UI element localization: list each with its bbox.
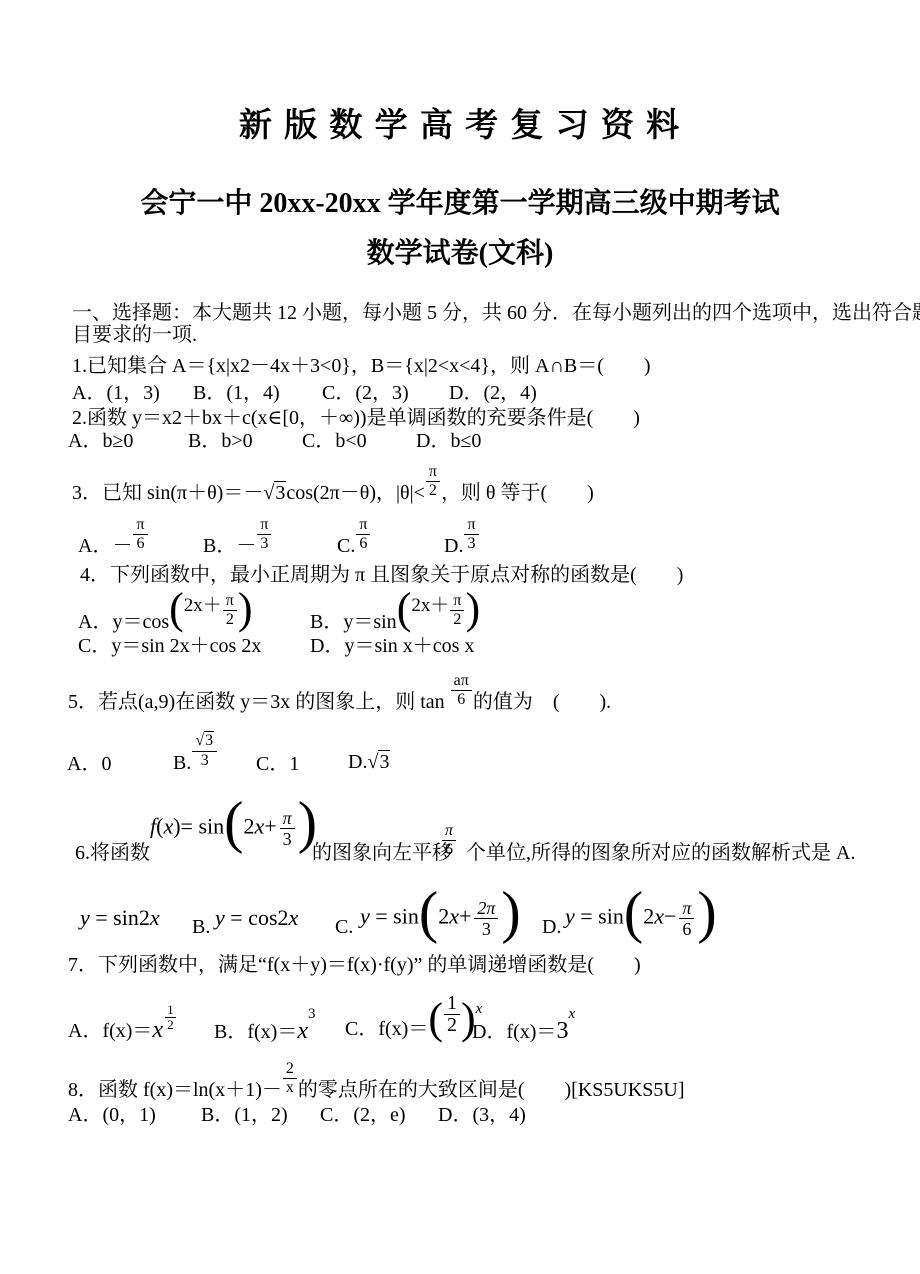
section-instructions-line2: 目要求的一项.	[72, 322, 197, 348]
question-1-stem: 1.已知集合 A＝{x|x2－4x＋3<0}，B＝{x|2<x<4}，则 A∩B…	[72, 353, 651, 379]
left-paren: (	[419, 880, 438, 945]
question-6-option-d-label: D.	[542, 914, 561, 940]
right-paren: )	[465, 584, 480, 633]
question-3-option-b: B．－π3	[203, 516, 272, 559]
question-7-option-d: D．f(x)＝3x	[472, 1014, 575, 1045]
question-6-stem-post: 个单位,所得的图象所对应的函数解析式是 A.	[466, 840, 855, 866]
question-2-option-b: B．b>0	[188, 428, 253, 454]
question-3-option-a: A．－π6	[78, 516, 149, 559]
question-8-option-c: C．(2，e)	[320, 1102, 406, 1128]
q3-stem-post: ，则 θ 等于( )	[441, 482, 594, 504]
question-6-option-d: y = sin(2x−π6)	[565, 898, 717, 939]
question-3-option-c: C.π6	[337, 516, 371, 559]
question-1-option-a: A．(1，3)	[72, 380, 160, 406]
question-5-stem: 5．若点(a,9)在函数 y＝3x 的图象上，则 tan aπ6的值为 ( ).	[68, 672, 611, 715]
question-6-stem-pre: 6.将函数	[75, 840, 150, 866]
q3-fraction: π2	[426, 463, 440, 500]
question-7-stem: 7．下列函数中，满足“f(x＋y)＝f(x)·f(y)” 的单调递增函数是( )	[68, 952, 641, 978]
question-5-option-a: A．0	[67, 751, 111, 777]
question-4-option-c: C．y＝sin 2x＋cos 2x	[78, 633, 261, 659]
question-6-option-b: y = cos2x	[215, 904, 298, 932]
page-title: 新 版 数 学 高 考 复 习 资 料	[0, 99, 920, 146]
left-paren: (	[224, 790, 243, 855]
left-paren: (	[624, 880, 643, 945]
question-6-option-c-label: C.	[335, 914, 353, 940]
question-2-option-d: D．b≤0	[416, 428, 481, 454]
question-1-option-b: B．(1，4)	[193, 380, 280, 406]
question-8-option-d: D．(3，4)	[438, 1102, 526, 1128]
question-3-option-d: D.π3	[444, 516, 480, 559]
q3-stem-mid: cos(2π－θ)，|θ|<	[286, 482, 425, 504]
right-paren: )	[697, 880, 716, 945]
right-paren: )	[501, 880, 520, 945]
left-paren: (	[428, 994, 443, 1043]
question-6-shift-fraction: π6	[441, 822, 457, 859]
fraction: π6	[133, 516, 147, 553]
q5-fraction: aπ6	[451, 672, 472, 709]
left-paren: (	[169, 584, 184, 633]
question-1-option-d: D．(2，4)	[449, 380, 537, 406]
question-4-option-b: B．y＝sin(2x＋π2)	[310, 592, 480, 635]
question-2-option-c: C．b<0	[302, 428, 367, 454]
left-paren: (	[397, 584, 412, 633]
question-6-option-b-label: B.	[192, 914, 210, 940]
fraction: π3	[280, 808, 295, 849]
question-8-stem: 8．函数 f(x)＝ln(x＋1)－2x的零点所在的大致区间是( )[KS5UK…	[68, 1060, 685, 1103]
fraction: 2π3	[474, 898, 498, 939]
right-paren: )	[238, 584, 253, 633]
exam-document: 新 版 数 学 高 考 复 习 资 料 会宁一中 20xx-20xx 学年度第一…	[0, 0, 920, 1274]
sqrt-icon: √	[263, 482, 274, 504]
question-8-option-a: A．(0，1)	[68, 1102, 156, 1128]
question-1-option-c: C．(2，3)	[322, 380, 409, 406]
question-6-option-a: y = sin2x	[80, 904, 160, 932]
question-7-option-a: A．f(x)＝x12	[68, 1003, 176, 1044]
question-8-option-b: B．(1，2)	[201, 1102, 288, 1128]
sqrt-icon: √	[195, 732, 204, 749]
question-6-formula: f(x)= sin(2x+π3)	[150, 808, 317, 849]
q8-fraction: 2x	[283, 1060, 297, 1097]
question-3-stem: 3．已知 sin(π＋θ)＝－√3cos(2π－θ)，|θ|<π2，则 θ 等于…	[72, 463, 594, 506]
fraction: π3	[257, 516, 271, 553]
question-5-option-b: B.√33	[173, 730, 218, 776]
paper-title: 数学试卷(文科)	[0, 231, 920, 271]
q3-stem-pre: 3．已知 sin(π＋θ)＝－	[72, 482, 263, 504]
question-4-option-d: D．y＝sin x＋cos x	[310, 633, 474, 659]
fraction: 12	[444, 993, 460, 1036]
question-5-option-d: D.√3	[348, 749, 390, 775]
sqrt-fraction: √33	[192, 730, 217, 770]
question-6-option-c: y = sin(2x+2π3)	[360, 898, 521, 939]
exponent: 3	[308, 1006, 316, 1022]
fraction: π2	[450, 592, 464, 629]
fraction: π6	[679, 898, 694, 939]
exponent-fraction: 12	[165, 1003, 176, 1032]
question-5-option-c: C．1	[256, 751, 299, 777]
section-instructions-line1: 一、选择题：本大题共 12 小题，每小题 5 分，共 60 分．在每小题列出的四…	[72, 300, 920, 326]
fraction: π2	[223, 592, 237, 629]
fraction: π3	[464, 516, 478, 553]
question-4-option-a: A．y＝cos(2x＋π2)	[78, 592, 253, 635]
sqrt-icon: √	[367, 751, 378, 773]
exponent: x	[568, 1006, 575, 1022]
exam-subtitle: 会宁一中 20xx-20xx 学年度第一学期高三级中期考试	[0, 181, 920, 221]
question-2-option-a: A．b≥0	[68, 428, 133, 454]
question-7-option-b: B．f(x)＝x3	[214, 1014, 315, 1045]
fraction: π6	[356, 516, 370, 553]
q3-radicand: 3	[274, 481, 286, 504]
question-7-option-c: C．f(x)＝(12)x	[345, 993, 482, 1042]
question-6-stem-mid: 的图象向左平移	[312, 840, 452, 866]
